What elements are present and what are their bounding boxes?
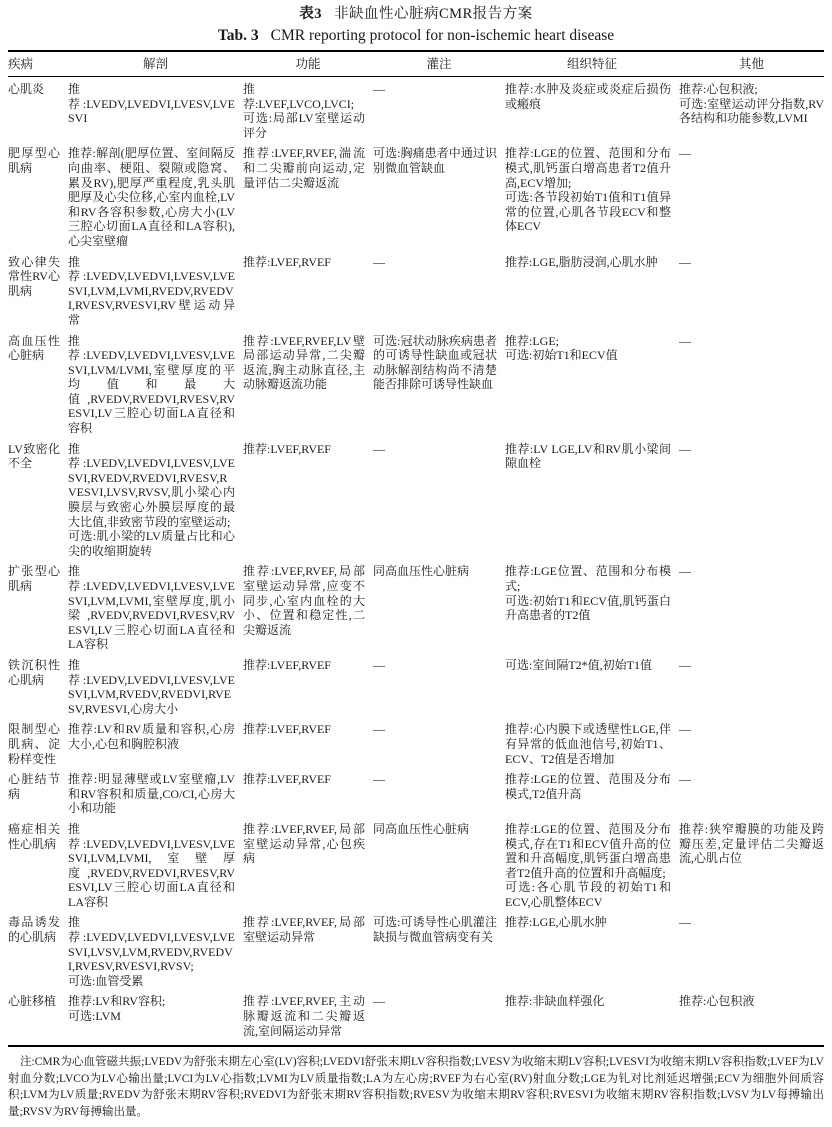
function-cell: 推荐:LVEF,RVEF,局部室壁运动异常,心包疾病 bbox=[243, 822, 373, 910]
other-cell: 推荐:心包积液; 可选:室壁运动评分指数,RV各结构和功能参数,LVMI bbox=[679, 82, 824, 140]
table-number-zh: 表3 bbox=[299, 6, 322, 22]
table-number-en: Tab. 3 bbox=[218, 27, 259, 44]
anatomy-cell: 推荐:LVEDV,LVEDVI,LVESV,LVESVI,LVM,LVMI,RV… bbox=[68, 255, 243, 328]
anatomy-cell: 推荐:解剖(肥厚位置、室间隔反向曲率、梗阻、裂隙或隐窝、累及RV),肥厚严重程度… bbox=[68, 146, 243, 248]
perfusion-cell: — bbox=[373, 255, 505, 328]
table-title-en-text: CMR reporting protocol for non-ischemic … bbox=[271, 27, 615, 44]
table-header-row: 疾病 解剖 功能 灌注 组织特征 其他 bbox=[8, 52, 824, 77]
col-header-function: 功能 bbox=[243, 56, 373, 72]
function-cell: 推荐:LVEF,RVEF bbox=[243, 255, 373, 328]
function-cell: 推荐:LVEF,RVEF,主动脉瓣返流和二尖瓣返流,室间隔运动异常 bbox=[243, 994, 373, 1038]
other-cell: — bbox=[679, 146, 824, 248]
perfusion-cell: — bbox=[373, 772, 505, 816]
function-cell: 推荐:LVEF,RVEF,局部室壁运动异常,应变不同步,心室内血栓的大小、位置和… bbox=[243, 564, 373, 652]
perfusion-cell: 同高血压性心脏病 bbox=[373, 822, 505, 910]
disease-cell: 肥厚型心肌病 bbox=[8, 146, 68, 248]
tissue-cell: 推荐:LGE,脂肪浸润,心肌水肿 bbox=[505, 255, 679, 328]
disease-cell: 心脏结节病 bbox=[8, 772, 68, 816]
table-title-zh: 表3非缺血性心脏病CMR报告方案 bbox=[8, 5, 824, 24]
function-cell: 推荐:LVEF,RVEF,LV壁局部运动异常,二尖瓣返流,胸主动脉直径,主动脉瓣… bbox=[243, 334, 373, 436]
anatomy-cell: 推荐:LVEDV,LVEDVI,LVESV,LVESVI,LVM,LVMI,室壁… bbox=[68, 564, 243, 652]
perfusion-cell: 可选:胸痛患者中通过识别微血管缺血 bbox=[373, 146, 505, 248]
other-cell: — bbox=[679, 722, 824, 766]
anatomy-cell: 推荐:LVEDV,LVEDVI,LVESV,LVESVI,LVM,LVMI,室壁… bbox=[68, 822, 243, 910]
perfusion-cell: — bbox=[373, 722, 505, 766]
other-cell: — bbox=[679, 255, 824, 328]
table-title-en: Tab. 3CMR reporting protocol for non-isc… bbox=[8, 26, 824, 46]
disease-cell: 高血压性心脏病 bbox=[8, 334, 68, 436]
disease-cell: 限制型心肌病、淀粉样变性 bbox=[8, 722, 68, 766]
tissue-cell: 推荐:心内膜下或透壁性LGE,伴有异常的低血池信号,初始T1、ECV、T2值是否… bbox=[505, 722, 679, 766]
function-cell: 推荐:LVEF,RVEF bbox=[243, 658, 373, 716]
function-cell: 推荐:LVEF,RVEF bbox=[243, 442, 373, 559]
other-cell: 推荐:心包积液 bbox=[679, 994, 824, 1038]
disease-cell: 心脏移植 bbox=[8, 994, 68, 1038]
table-row-drug-induced: 毒品诱发的心肌病 推荐:LVEDV,LVEDVI,LVESV,LVESVI,LV… bbox=[8, 915, 824, 988]
other-cell: — bbox=[679, 334, 824, 436]
table-title-zh-text: 非缺血性心脏病CMR报告方案 bbox=[334, 6, 533, 22]
table-footnote: 注:CMR为心血管磁共振;LVEDV为舒张末期左心室(LV)容积;LVEDVI舒… bbox=[8, 1054, 824, 1120]
anatomy-cell: 推荐:LV和RV容积; 可选:LVM bbox=[68, 994, 243, 1038]
anatomy-cell: 推荐:LVEDV,LVEDVI,LVESV,LVESVI bbox=[68, 82, 243, 140]
disease-cell: 癌症相关性心肌病 bbox=[8, 822, 68, 910]
disease-cell: 毒品诱发的心肌病 bbox=[8, 915, 68, 988]
function-cell: 推荐:LVEF,RVEF,湍流和二尖瓣前向运动,定量评估二尖瓣返流 bbox=[243, 146, 373, 248]
tissue-cell: 推荐:LGE的位置、范围和分布模式,肌钙蛋白增高患者T2值升高,ECV增加; 可… bbox=[505, 146, 679, 248]
table-row-myocarditis: 心肌炎 推荐:LVEDV,LVEDVI,LVESV,LVESVI 推荐:LVEF… bbox=[8, 82, 824, 140]
table-row-restrictive-amyloidosis: 限制型心肌病、淀粉样变性 推荐:LV和RV质量和容积,心房大小,心包和胸腔积液 … bbox=[8, 722, 824, 766]
tissue-cell: 推荐:水肿及炎症或炎症后损伤或瘢痕 bbox=[505, 82, 679, 140]
disease-cell: 致心律失常性RV心肌病 bbox=[8, 255, 68, 328]
function-cell: 推荐:LVEF,RVEF bbox=[243, 722, 373, 766]
anatomy-cell: 推荐:明显薄壁或LV室壁瘤,LV和RV容积和质量,CO/CI,心房大小和功能 bbox=[68, 772, 243, 816]
other-cell: — bbox=[679, 915, 824, 988]
paper-page: 表3非缺血性心脏病CMR报告方案 Tab. 3CMR reporting pro… bbox=[0, 0, 832, 1127]
table-row-cancer-related: 癌症相关性心肌病 推荐:LVEDV,LVEDVI,LVESV,LVESVI,LV… bbox=[8, 822, 824, 910]
perfusion-cell: 可选:可诱导性心肌灌注缺损与微血管病变有关 bbox=[373, 915, 505, 988]
table-row-dilated: 扩张型心肌病 推荐:LVEDV,LVEDVI,LVESV,LVESVI,LVM,… bbox=[8, 564, 824, 652]
table-row-heart-transplant: 心脏移植 推荐:LV和RV容积; 可选:LVM 推荐:LVEF,RVEF,主动脉… bbox=[8, 994, 824, 1038]
other-cell: 推荐:狭窄瓣膜的功能及跨瓣压差,定量评估二尖瓣返流,心肌占位 bbox=[679, 822, 824, 910]
anatomy-cell: 推荐:LVEDV,LVEDVI,LVESV,LVESVI,LVSV,LVM,RV… bbox=[68, 915, 243, 988]
other-cell: — bbox=[679, 564, 824, 652]
perfusion-cell: — bbox=[373, 994, 505, 1038]
anatomy-cell: 推荐:LVEDV,LVEDVI,LVESV,LVESVI,RVEDV,RVEDV… bbox=[68, 442, 243, 559]
perfusion-cell: — bbox=[373, 82, 505, 140]
col-header-anatomy: 解剖 bbox=[68, 56, 243, 72]
col-header-disease: 疾病 bbox=[8, 56, 68, 72]
function-cell: 推荐:LVEF,LVCO,LVCI; 可选:局部LV室壁运动评分 bbox=[243, 82, 373, 140]
table-row-hypertrophic: 肥厚型心肌病 推荐:解剖(肥厚位置、室间隔反向曲率、梗阻、裂隙或隐窝、累及RV)… bbox=[8, 146, 824, 248]
other-cell: — bbox=[679, 658, 824, 716]
table-row-sarcoidosis: 心脏结节病 推荐:明显薄壁或LV室壁瘤,LV和RV容积和质量,CO/CI,心房大… bbox=[8, 772, 824, 816]
table-body: 心肌炎 推荐:LVEDV,LVEDVI,LVESV,LVESVI 推荐:LVEF… bbox=[8, 77, 824, 1047]
anatomy-cell: 推荐:LVEDV,LVEDVI,LVESV,LVESVI,LVM,RVEDV,R… bbox=[68, 658, 243, 716]
function-cell: 推荐:LVEF,RVEF bbox=[243, 772, 373, 816]
tissue-cell: 推荐:非缺血样强化 bbox=[505, 994, 679, 1038]
cmr-reporting-table: 疾病 解剖 功能 灌注 组织特征 其他 心肌炎 推荐:LVEDV,LVEDVI,… bbox=[8, 50, 824, 1047]
col-header-tissue: 组织特征 bbox=[505, 56, 679, 72]
col-header-other: 其他 bbox=[679, 56, 824, 72]
table-row-hypertensive: 高血压性心脏病 推荐:LVEDV,LVEDVI,LVESV,LVESVI,LVM… bbox=[8, 334, 824, 436]
table-row-lv-noncompaction: LV致密化不全 推荐:LVEDV,LVEDVI,LVESV,LVESVI,RVE… bbox=[8, 442, 824, 559]
tissue-cell: 可选:室间隔T2*值,初始T1值 bbox=[505, 658, 679, 716]
tissue-cell: 推荐:LGE的位置、范围及分布模式,T2值升高 bbox=[505, 772, 679, 816]
other-cell: — bbox=[679, 772, 824, 816]
disease-cell: 心肌炎 bbox=[8, 82, 68, 140]
tissue-cell: 推荐:LV LGE,LV和RV肌小梁间隙血栓 bbox=[505, 442, 679, 559]
col-header-perfusion: 灌注 bbox=[373, 56, 505, 72]
table-row-arrhythmogenic-rv: 致心律失常性RV心肌病 推荐:LVEDV,LVEDVI,LVESV,LVESVI… bbox=[8, 255, 824, 328]
table-row-iron-overload: 铁沉积性心肌病 推荐:LVEDV,LVEDVI,LVESV,LVESVI,LVM… bbox=[8, 658, 824, 716]
anatomy-cell: 推荐:LVEDV,LVEDVI,LVESV,LVESVI,LVM/LVMI,室壁… bbox=[68, 334, 243, 436]
tissue-cell: 推荐:LGE,心肌水肿 bbox=[505, 915, 679, 988]
disease-cell: 铁沉积性心肌病 bbox=[8, 658, 68, 716]
disease-cell: LV致密化不全 bbox=[8, 442, 68, 559]
tissue-cell: 推荐:LGE的位置、范围及分布模式,存在T1和ECV值升高的位置和升高幅度,肌钙… bbox=[505, 822, 679, 910]
function-cell: 推荐:LVEF,RVEF,局部室壁运动异常 bbox=[243, 915, 373, 988]
anatomy-cell: 推荐:LV和RV质量和容积,心房大小,心包和胸腔积液 bbox=[68, 722, 243, 766]
perfusion-cell: 同高血压性心脏病 bbox=[373, 564, 505, 652]
perfusion-cell: — bbox=[373, 442, 505, 559]
disease-cell: 扩张型心肌病 bbox=[8, 564, 68, 652]
other-cell: — bbox=[679, 442, 824, 559]
tissue-cell: 推荐:LGE; 可选:初始T1和ECV值 bbox=[505, 334, 679, 436]
perfusion-cell: 可选:冠状动脉疾病患者的可诱导性缺血或冠状动脉解剖结构尚不清楚能否排除可诱导性缺… bbox=[373, 334, 505, 436]
perfusion-cell: — bbox=[373, 658, 505, 716]
tissue-cell: 推荐:LGE位置、范围和分布模式; 可选:初始T1和ECV值,肌钙蛋白升高患者的… bbox=[505, 564, 679, 652]
